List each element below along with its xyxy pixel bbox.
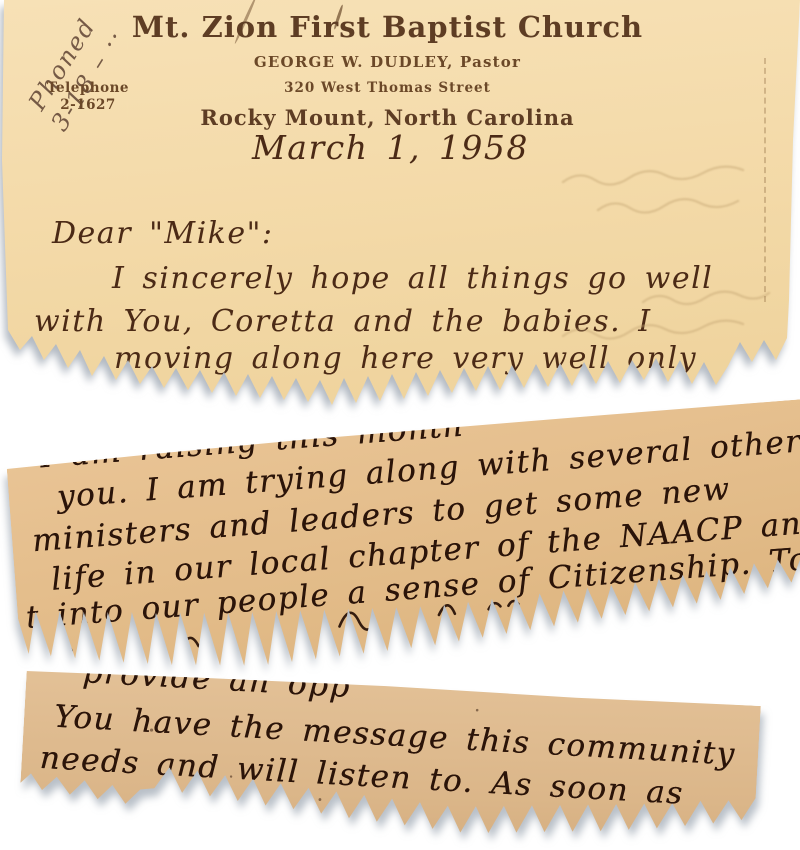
fold-crease — [764, 58, 766, 302]
paper-fragment-bottom: provide an opp You have the message this… — [19, 665, 761, 850]
telephone-block: Telephone 2-1627 — [28, 80, 148, 114]
bleedthrough-marks — [478, 160, 793, 370]
torn-letter-photo: Phoned 3-18 – ·· Mt. Zion First Baptist … — [0, 0, 800, 850]
handwriting-line: Dear "Mike": — [52, 216, 274, 251]
telephone-label: Telephone — [28, 80, 148, 97]
paper-fragment-middle: I am raising this month you. I am trying… — [6, 398, 800, 688]
letter-fragment-middle: I am raising this month you. I am trying… — [0, 393, 800, 698]
letter-fragment-bottom: provide an opp You have the message this… — [0, 655, 800, 830]
telephone-number: 2-1627 — [28, 97, 148, 114]
pastor-line: GEORGE W. DUDLEY, Pastor — [0, 53, 775, 71]
paper-fragment-top: Phoned 3-18 – ·· Mt. Zion First Baptist … — [0, 0, 800, 410]
paper-specks — [19, 665, 761, 850]
letter-fragment-top: Phoned 3-18 – ·· Mt. Zion First Baptist … — [0, 0, 800, 412]
church-name: Mt. Zion First Baptist Church — [0, 10, 775, 44]
